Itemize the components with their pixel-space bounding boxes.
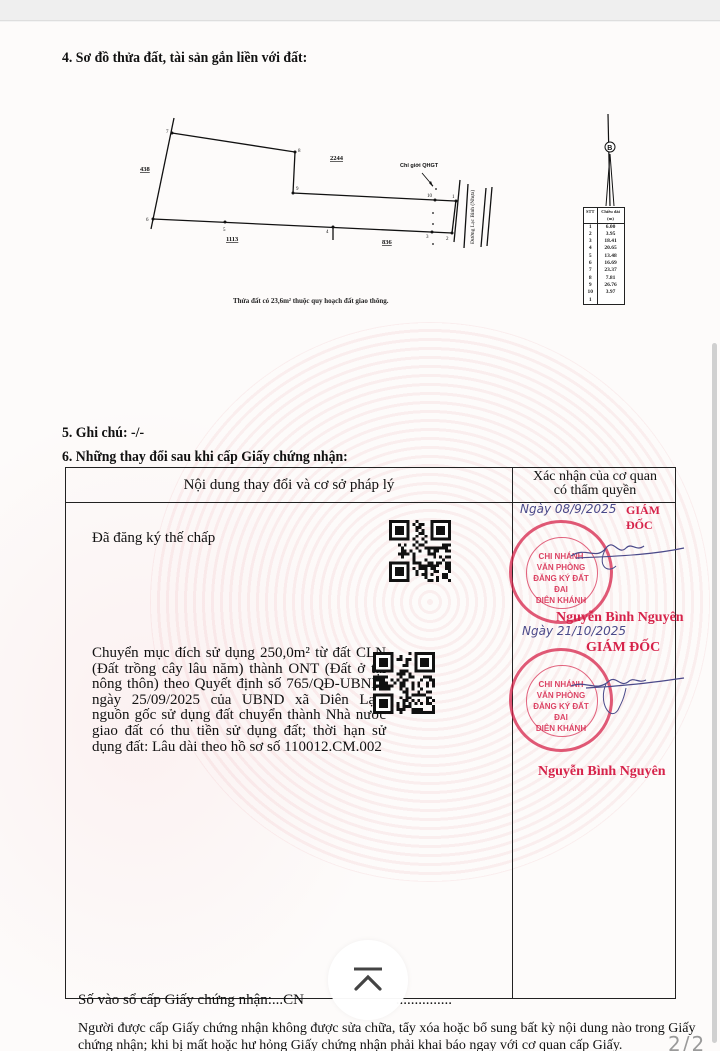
svg-text:5: 5	[223, 228, 226, 233]
north-arrow-icon: B	[596, 114, 626, 214]
header-confirmation-line2: có thẩm quyền	[514, 484, 676, 498]
svg-text:6: 6	[146, 218, 149, 223]
entry-2-signature	[566, 658, 686, 728]
svg-text:1: 1	[452, 195, 455, 200]
registry-label: Số vào sổ cấp Giấy chứng nhận:...CN	[78, 992, 304, 1008]
scroll-to-top-icon	[348, 965, 388, 995]
qr-code-icon	[389, 520, 451, 582]
footer-note: Người được cấp Giấy chứng nhận không đượ…	[78, 1020, 718, 1051]
svg-text:7: 7	[166, 130, 169, 135]
svg-text:438: 438	[140, 166, 151, 173]
entry-1-date: Ngày 08/9/2025	[520, 502, 616, 516]
col-stt: STT	[584, 208, 598, 224]
entry-1-signature	[566, 526, 686, 576]
header-confirmation-line1: Xác nhận của cơ quan	[514, 470, 676, 484]
entry-2-title: GIÁM ĐỐC	[586, 640, 660, 656]
section-6-title: 6. Những thay đổi sau khi cấp Giấy chứng…	[62, 449, 348, 466]
svg-text:836: 836	[382, 239, 393, 246]
svg-text:2244: 2244	[330, 155, 344, 162]
svg-text:Chỉ giới QHGT: Chỉ giới QHGT	[400, 163, 439, 169]
entry-2-signer: Nguyễn Bình Nguyên	[538, 764, 666, 780]
svg-text:3: 3	[426, 235, 429, 240]
section-4-title: 4. Sơ đồ thửa đất, tài sản gắn liền với …	[62, 50, 307, 67]
svg-text:2: 2	[446, 237, 449, 242]
svg-text:4: 4	[326, 230, 329, 235]
header-confirmation: Xác nhận của cơ quan có thẩm quyền	[514, 470, 676, 498]
column-divider	[512, 468, 513, 998]
svg-text:1113: 1113	[226, 236, 239, 243]
edge-index-column: 123456789101	[584, 223, 598, 304]
parcel-diagram: 12 34 56 78 910 438 2244 1113 836 Chỉ gi…	[120, 110, 500, 270]
edge-length-table: STT Chiều dài (m) 123456789101 6.003.951…	[583, 207, 625, 305]
svg-text:10: 10	[427, 194, 433, 199]
col-length: Chiều dài (m)	[597, 208, 624, 224]
svg-text:8: 8	[298, 149, 301, 154]
changes-table: Nội dung thay đổi và cơ sở pháp lý Xác n…	[65, 467, 676, 999]
edge-length-column: 6.003.9518.4120.6513.4816.6923.377.8126.…	[597, 223, 624, 304]
change-entry-1-content: Đã đăng ký thế chấp	[92, 530, 215, 547]
viewer-top-bar	[0, 0, 720, 21]
qr-code-icon	[373, 652, 435, 714]
svg-text:B: B	[607, 145, 612, 152]
vertical-scrollbar[interactable]	[712, 343, 717, 1043]
scroll-to-top-button[interactable]	[328, 940, 408, 1020]
header-content: Nội dung thay đổi và cơ sở pháp lý	[66, 468, 512, 502]
document-page: 4. Sơ đồ thửa đất, tài sản gắn liền với …	[0, 22, 720, 1051]
entry-2-date: Ngày 21/10/2025	[522, 624, 626, 638]
section-5-title: 5. Ghi chú: -/-	[62, 425, 144, 442]
page-indicator: 2/2	[668, 1032, 706, 1051]
svg-text:9: 9	[296, 187, 299, 192]
parcel-note: Thửa đất có 23,6m² thuộc quy hoạch đất g…	[233, 297, 388, 305]
change-entry-2-content: Chuyển mục đích sử dụng 250,0m² từ đất C…	[92, 646, 386, 755]
svg-text:Đường Lạc Bình (Nhựa): Đường Lạc Bình (Nhựa)	[469, 190, 476, 244]
